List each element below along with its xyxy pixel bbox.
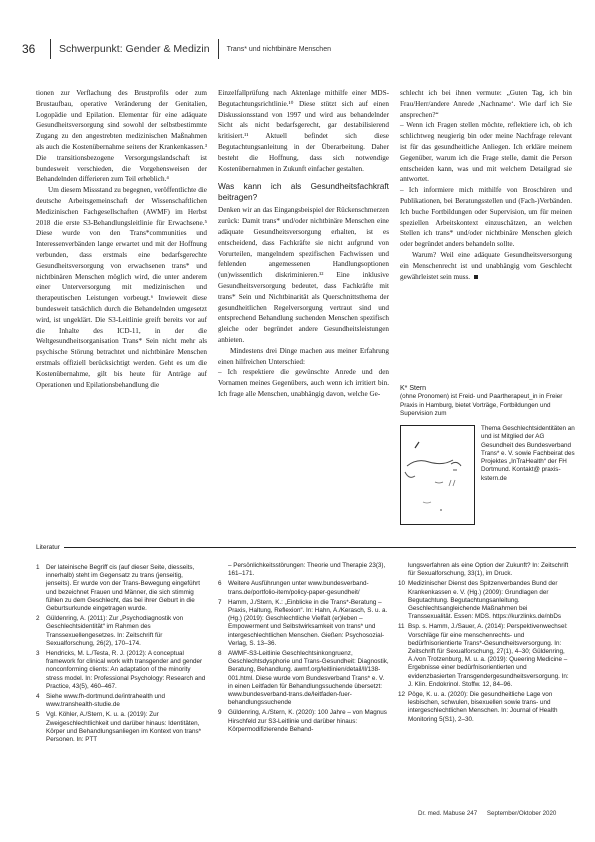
paragraph: tionen zur Verflachung des Brustprofils … [36, 88, 207, 185]
reference-item: 2Güldenring, A. (2011): Zur „Psychodiagn… [36, 615, 207, 648]
subheading: Was kann ich als Gesundheitsfachkraft be… [218, 181, 389, 203]
author-box: K* Stern (ohne Pronomen) ist Freid- und … [400, 385, 575, 418]
reference-item: – Persönlichkeitsstörungen: Theorie und … [218, 562, 389, 578]
literature-heading: Literatur [36, 544, 576, 551]
references-column-2: – Persönlichkeitsstörungen: Theorie und … [218, 562, 389, 736]
body-column-2: Einzelfallprüfung nach Aktenlage mithilf… [218, 88, 389, 400]
article-topic: Trans* und nichtbinäre Menschen [227, 46, 331, 53]
body-column-3: schlecht ich bei ihnen vermute: „Guten T… [400, 88, 572, 282]
paragraph: Um diesem Missstand zu begegnen, veröffe… [36, 185, 207, 390]
reference-item: 3Hendricks, M. L./Testa, R. J. (2012): A… [36, 650, 207, 691]
reference-item: 8AWMF-S3-Leitlinie Geschlechtsinkongruen… [218, 650, 389, 707]
reference-item: 7Hamm, J./Stern, K.: „Einblicke in die T… [218, 599, 389, 648]
section-title: Schwerpunkt: Gender & Medizin [59, 43, 210, 55]
list-item: – Ich respektiere die gewünschte Anrede … [218, 367, 389, 399]
reference-item: 9Güldenring, A./Stern, K. (2020): 100 Ja… [218, 709, 389, 734]
reference-item: 4Siehe www.fh-dortmund.de/intrahealth un… [36, 693, 207, 709]
closing-paragraph: Warum? Weil eine adäquate Gesundheitsver… [400, 250, 572, 282]
reference-item: 6Weitere Ausführungen unter www.bundesve… [218, 580, 389, 596]
literature-label: Literatur [36, 544, 60, 551]
page-number: 36 [22, 42, 42, 56]
list-item: – Ich informiere mich mithilfe von Brosc… [400, 185, 572, 250]
paragraph: schlecht ich bei ihnen vermute: „Guten T… [400, 88, 572, 120]
reference-item: 10Medizinischer Dienst des Spitzenverban… [398, 580, 573, 621]
author-bio-continued: Thema Geschlechtsidentitäten an und ist … [481, 425, 575, 483]
header-divider [50, 39, 51, 59]
reference-item: 1Der lateinische Begriff cis (auf dieser… [36, 564, 207, 613]
issue-date: September/Oktober 2020 [487, 810, 556, 817]
journal-name: Dr. med. Mabuse 247 [418, 810, 477, 817]
page-footer: Dr. med. Mabuse 247 September/Oktober 20… [418, 810, 556, 817]
references-column-1: 1Der lateinische Begriff cis (auf dieser… [36, 564, 207, 746]
paragraph: Denken wir an das Eingangsbeispiel der R… [218, 205, 389, 345]
running-header: 36 Schwerpunkt: Gender & Medizin Trans* … [22, 38, 331, 60]
portrait-sketch-icon [401, 426, 474, 524]
author-bio: (ohne Pronomen) ist Freid- und Paarthera… [400, 393, 575, 418]
body-column-1: tionen zur Verflachung des Brustprofils … [36, 88, 207, 390]
end-mark-icon [474, 275, 478, 279]
references-column-3: lungsverfahren als eine Option der Zukun… [398, 562, 573, 726]
author-photo [400, 425, 475, 525]
literature-rule [64, 547, 576, 548]
paragraph: Mindestens drei Dinge machen aus meiner … [218, 346, 389, 368]
paragraph: Einzelfallprüfung nach Aktenlage mithilf… [218, 88, 389, 174]
header-divider [218, 39, 219, 59]
list-item: – Wenn ich Fragen stellen möchte, reflek… [400, 120, 572, 185]
author-name: K* Stern [400, 385, 575, 393]
reference-item: 11Bsp. s. Hamm, J./Sauer, A. (2014): Per… [398, 623, 573, 689]
reference-item: 12Pöge, K. u. a. (2020): Die gesundheitl… [398, 691, 573, 724]
reference-item: 5Vgl. Köhler, A./Stern, K. u. a. (2019):… [36, 711, 207, 744]
reference-item: lungsverfahren als eine Option der Zukun… [398, 562, 573, 578]
